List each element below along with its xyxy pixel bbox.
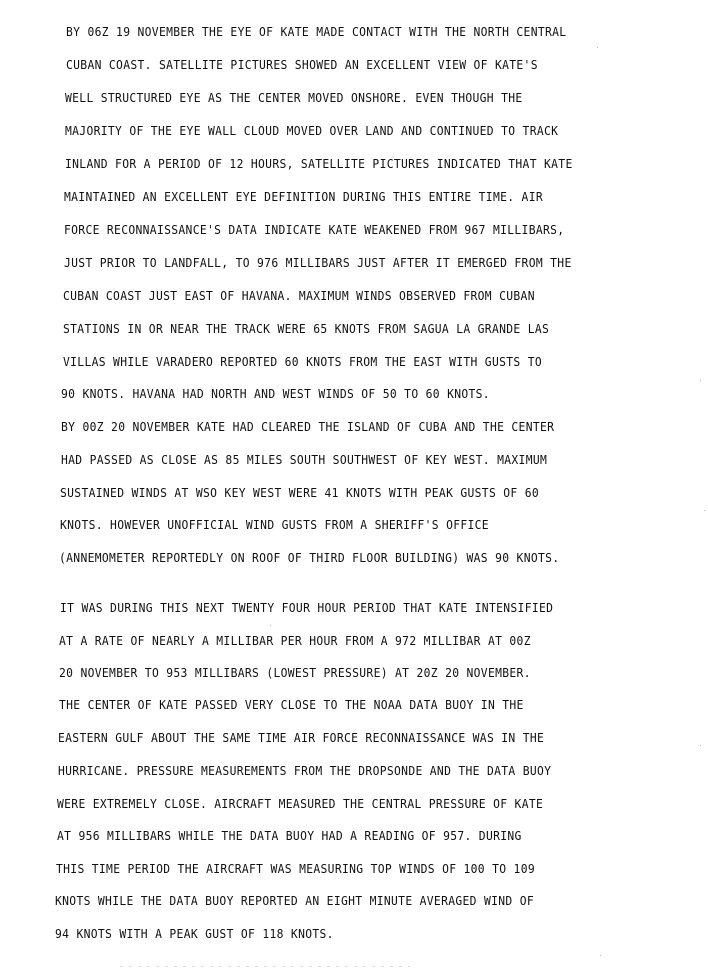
- scan-speck: [270, 625, 271, 626]
- text-line: THIS TIME PERIOD THE AIRCRAFT WAS MEASUR…: [56, 862, 535, 876]
- text-line: IT WAS DURING THIS NEXT TWENTY FOUR HOUR…: [60, 601, 553, 615]
- text-line: JUST PRIOR TO LANDFALL, TO 976 MILLIBARS…: [64, 256, 572, 270]
- text-line: MAINTAINED AN EXCELLENT EYE DEFINITION D…: [64, 190, 543, 204]
- scan-speck: [700, 380, 701, 381]
- text-line: BY 00Z 20 NOVEMBER KATE HAD CLEARED THE …: [61, 420, 554, 434]
- scan-speck: [597, 47, 598, 48]
- text-line: BY 06Z 19 NOVEMBER THE EYE OF KATE MADE …: [66, 25, 566, 39]
- text-line: HURRICANE. PRESSURE MEASUREMENTS FROM TH…: [58, 764, 551, 778]
- text-line: MAJORITY OF THE EYE WALL CLOUD MOVED OVE…: [65, 124, 558, 138]
- text-line: STATIONS IN OR NEAR THE TRACK WERE 65 KN…: [63, 322, 549, 336]
- text-line: CUBAN COAST JUST EAST OF HAVANA. MAXIMUM…: [63, 289, 535, 303]
- text-line: EASTERN GULF ABOUT THE SAME TIME AIR FOR…: [58, 731, 544, 745]
- text-line: HAD PASSED AS CLOSE AS 85 MILES SOUTH SO…: [61, 453, 547, 467]
- text-line: VILLAS WHILE VARADERO REPORTED 60 KNOTS …: [63, 355, 542, 369]
- text-line: 94 KNOTS WITH A PEAK GUST OF 118 KNOTS.: [55, 927, 334, 941]
- scan-speck: [600, 955, 601, 956]
- text-line: WELL STRUCTURED EYE AS THE CENTER MOVED …: [65, 91, 523, 105]
- document-page: BY 06Z 19 NOVEMBER THE EYE OF KATE MADE …: [0, 0, 708, 973]
- scan-speck: [700, 745, 701, 746]
- text-line: WERE EXTREMELY CLOSE. AIRCRAFT MEASURED …: [57, 797, 543, 811]
- text-line: KNOTS WHILE THE DATA BUOY REPORTED AN EI…: [55, 894, 534, 908]
- text-line: THE CENTER OF KATE PASSED VERY CLOSE TO …: [59, 698, 524, 712]
- text-line: SUSTAINED WINDS AT WSO KEY WEST WERE 41 …: [60, 486, 539, 500]
- text-line: AT 956 MILLIBARS WHILE THE DATA BUOY HAD…: [57, 829, 522, 843]
- text-line: FORCE RECONNAISSANCE'S DATA INDICATE KAT…: [64, 223, 564, 237]
- text-line: (ANNEMOMETER REPORTEDLY ON ROOF OF THIRD…: [59, 551, 559, 565]
- scan-noise-footer: [120, 966, 410, 967]
- scan-speck: [704, 510, 705, 511]
- text-line: AT A RATE OF NEARLY A MILLIBAR PER HOUR …: [59, 634, 531, 648]
- text-line: 20 NOVEMBER TO 953 MILLIBARS (LOWEST PRE…: [59, 666, 531, 680]
- text-line: INLAND FOR A PERIOD OF 12 HOURS, SATELLI…: [65, 157, 573, 171]
- text-line: CUBAN COAST. SATELLITE PICTURES SHOWED A…: [66, 58, 538, 72]
- text-line: KNOTS. HOWEVER UNOFFICIAL WIND GUSTS FRO…: [60, 518, 489, 532]
- text-line: 90 KNOTS. HAVANA HAD NORTH AND WEST WIND…: [61, 387, 490, 401]
